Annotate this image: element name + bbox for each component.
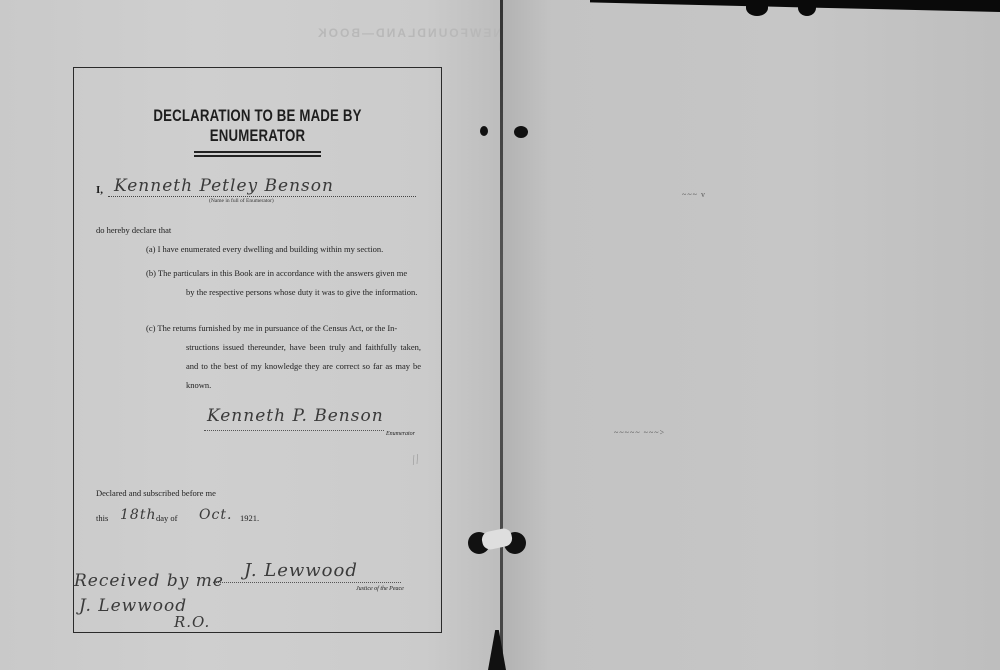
enumerator-signature: Kenneth P. Benson (207, 406, 384, 426)
year: 1921. (240, 513, 259, 523)
justice-label: Justice of the Peace (356, 586, 404, 592)
clause-c-line1: The returns furnished by me in pursuance… (157, 323, 397, 333)
received-note-line3: R.O. (174, 613, 210, 631)
page-notch-2 (798, 0, 816, 16)
received-note-line2: J. Lewwood (79, 596, 187, 616)
enumerator-signature-line (204, 430, 384, 431)
binding-hole-left (480, 126, 488, 136)
day-handwritten: 18th (120, 507, 156, 523)
left-page: NEWFOUNDLAND—BOOK I DECLARATION TO BE MA… (0, 0, 502, 670)
clause-b: (b) The particulars in this Book are in … (146, 264, 421, 302)
title-rule-bottom (194, 155, 321, 157)
page-notch-1 (746, 0, 768, 16)
enumerator-name-handwritten: Kenneth Petley Benson (114, 176, 334, 196)
title-rule-top (194, 151, 321, 153)
book-spine (500, 0, 503, 670)
bleed-through-text: NEWFOUNDLAND—BOOK I (310, 26, 502, 54)
clause-a: (a) I have enumerated every dwelling and… (146, 240, 383, 259)
faint-mark-2: ~~~~~ ~~~> (614, 428, 665, 437)
enumerator-name-line: I, Kenneth Petley Benson (Name in full o… (96, 180, 416, 200)
clause-a-text: I have enumerated every dwelling and bui… (158, 244, 384, 254)
name-dotted-line (108, 196, 416, 197)
this-label: this (96, 513, 108, 523)
intro-text: do hereby declare that (96, 221, 171, 240)
right-page: ~~~ v ~~~~~ ~~~> (502, 0, 1000, 670)
day-of-label: day of (156, 513, 177, 523)
justice-signature-line (213, 582, 401, 583)
received-note-line1: Received by me (74, 571, 224, 591)
name-prefix: I, (96, 184, 103, 196)
clause-c-rest: structions issued thereunder, have been … (146, 338, 421, 395)
clause-b-label: (b) (146, 268, 156, 278)
binding-tie (468, 530, 526, 556)
clause-c: (c) The returns furnished by me in pursu… (146, 319, 421, 395)
date-line: this 18th day of Oct. 1921. (96, 513, 396, 533)
faint-mark-1: ~~~ v (682, 190, 706, 199)
justice-signature: J. Lewwood (244, 560, 358, 581)
name-caption: (Name in full of Enumerator) (209, 198, 274, 204)
month-handwritten: Oct. (199, 507, 232, 523)
clause-b-line1: The particulars in this Book are in acco… (158, 268, 407, 278)
declared-text: Declared and subscribed before me (96, 488, 216, 498)
binding-hole-right (514, 126, 528, 138)
clause-b-rest: by the respective persons whose duty it … (146, 283, 421, 302)
enumerator-label: Enumerator (386, 431, 415, 437)
clause-c-label: (c) (146, 323, 155, 333)
declaration-form: DECLARATION TO BE MADE BY ENUMERATOR I, … (73, 67, 442, 633)
pencil-mark: // (410, 452, 422, 469)
form-title: DECLARATION TO BE MADE BY ENUMERATOR (114, 106, 400, 146)
clause-a-label: (a) (146, 244, 155, 254)
